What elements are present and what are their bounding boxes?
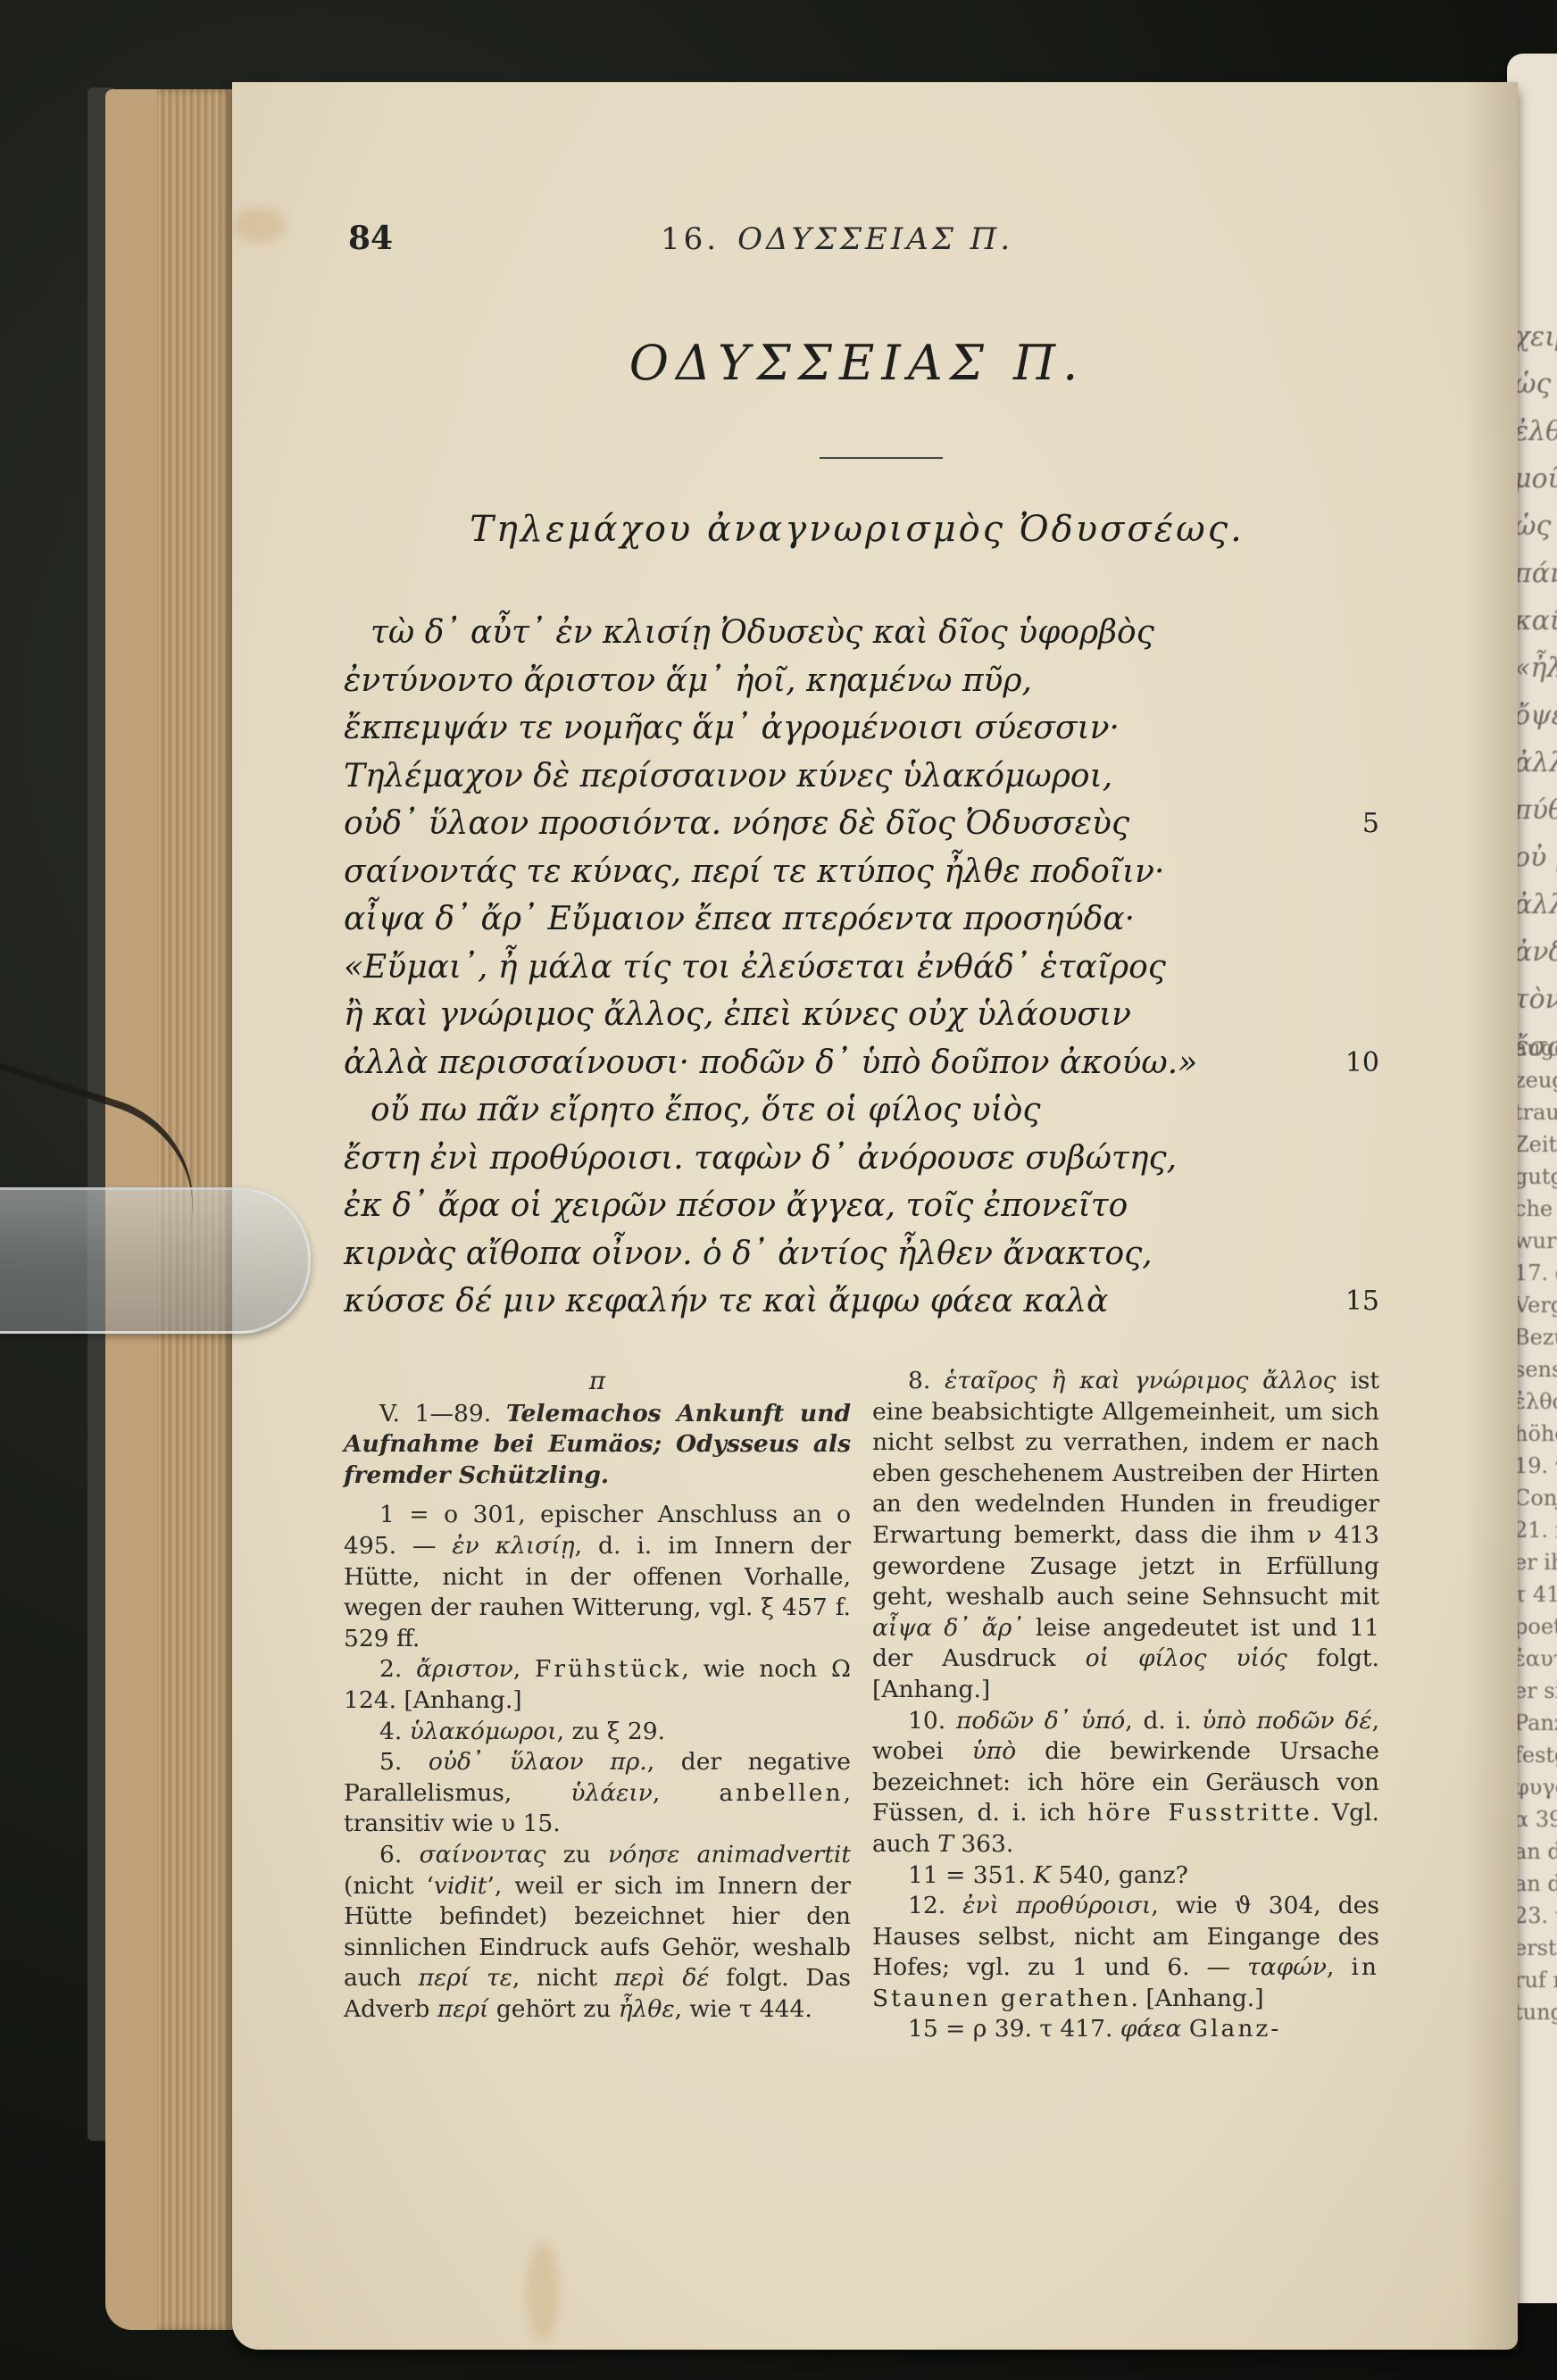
- note-text: 12.: [908, 1892, 962, 1919]
- facing-page-fragment: ἐλθόν: [1514, 416, 1557, 447]
- note-text: 4.: [379, 1718, 410, 1745]
- verse-line: οὐδ᾽ ὕλαον προσιόντα. νόησε δὲ δῖος Ὀδυσ…: [344, 800, 1379, 848]
- verse-text: ἐκ δ᾽ ἄρα οἱ χειρῶν πέσον ἄγγεα, τοῖς ἐπ…: [344, 1187, 1128, 1224]
- facing-page-fragment: 17. ἀγα: [1514, 1261, 1557, 1286]
- facing-page-fragment: ἑαυτὸν: [1514, 1646, 1557, 1671]
- greek-lemma: σαίνοντας: [420, 1841, 546, 1868]
- facing-page-fragment: ἀνδρῶν: [1514, 936, 1557, 968]
- commentary-left-column: π V. 1—89. Telemachos Ankunft und Aufnah…: [344, 1366, 851, 2025]
- note-text: Glanz-: [1189, 2015, 1281, 2043]
- note-text: Frühstück: [535, 1655, 681, 1683]
- facing-page-fragment: ὡς δὲ: [1514, 369, 1557, 400]
- verse-text: τὼ δ᾽ αὖτ᾽ ἐν κλισίῃ Ὀδυσεὺς καὶ δῖος ὑφ…: [344, 614, 1154, 651]
- facing-page-fragment: μοῦνο: [1514, 463, 1557, 495]
- facing-page-fragment: poetische: [1514, 1614, 1557, 1639]
- section-ref: V. 1—89.: [379, 1400, 506, 1427]
- facing-page-fragment: Bezuge a: [1514, 1325, 1557, 1350]
- greek-lemma: περί τε: [419, 1964, 512, 1992]
- greek-lemma: αἶψα δ᾽ ἄρ᾽: [872, 1614, 1024, 1642]
- facing-page-fragment: 19. τηλ: [1514, 1453, 1557, 1478]
- paper-stain: [527, 2243, 559, 2341]
- facing-page-fragment: zeugt vo: [1514, 1068, 1557, 1093]
- greek-lemma: ποδῶν δ᾽ ὑπό: [956, 1707, 1125, 1735]
- facing-page-fragment: φυγόντα: [1514, 1775, 1557, 1800]
- note-text: ,: [653, 1779, 719, 1807]
- verse-text: ἔκπεμψάν τε νομῆας ἅμ᾽ ἀγρομένοισι σύεσσ…: [344, 710, 1120, 746]
- metal-bookmark-clip: [0, 1187, 311, 1334]
- verse-number: 10: [1345, 1039, 1379, 1087]
- verse-text: κύσσε δέ μιν κεφαλήν τε καὶ ἄμφω φάεα κα…: [344, 1283, 1108, 1319]
- facing-page-fragment: augen.: [1514, 1036, 1557, 1061]
- greek-lemma: ἑταῖρος ἢ καὶ γνώριμος ἄλλος: [945, 1367, 1336, 1394]
- facing-page-fragment: 21. πα: [1514, 1518, 1557, 1543]
- greek-lemma: ἐν κλισίῃ: [452, 1532, 574, 1560]
- verse-text: ἀλλὰ περισσαίνουσι· ποδῶν δ᾽ ὑπὸ δοῦπον …: [344, 1044, 1197, 1081]
- verse-line: ἔκπεμψάν τε νομῆας ἅμ᾽ ἀγρομένοισι σύεσσ…: [344, 704, 1379, 753]
- running-title-text: ΟΔΥΣΣΕΙΑΣ Π.: [737, 221, 1013, 257]
- verse-line: Τηλέμαχον δὲ περίσσαινον κύνες ὑλακόμωρο…: [344, 753, 1379, 801]
- facing-page-fragment: festges: [1514, 1743, 1557, 1768]
- facing-page-fragment: Zeit zwi: [1514, 1132, 1557, 1157]
- facing-page-fragment: τὸν: [1514, 984, 1557, 1015]
- greek-lemma: ταφών: [1247, 1953, 1327, 1981]
- note-text: höre Fusstritte: [1087, 1799, 1312, 1827]
- greek-lemma: ὑλάειν: [570, 1779, 653, 1807]
- book-subtitle: Τηλεμάχου ἀναγνωρισμὸς Ὀδυσσέως.: [339, 509, 1375, 550]
- note-text: 6.: [379, 1841, 420, 1868]
- note-text: , wie τ 444.: [675, 1995, 812, 2023]
- facing-page-fragment: οὐ μὲν: [1514, 842, 1557, 873]
- facing-page-fragment: ὄψεσθα: [1514, 700, 1557, 731]
- greek-lemma: νόησε animadvertit: [608, 1841, 851, 1868]
- verse-text: «Εὔμαι᾽, ἦ μάλα τίς τοι ἐλεύσεται ἐνθάδ᾽…: [344, 949, 1166, 986]
- facing-page-fragment: Panzer: [1514, 1710, 1557, 1735]
- note-text: 363.: [953, 1830, 1013, 1858]
- greek-lemma: ὑπὸ ποδῶν δέ: [1202, 1707, 1371, 1735]
- note-text: , d. i.: [1125, 1707, 1202, 1735]
- note-text: 5.: [379, 1748, 429, 1776]
- note-text: zu: [546, 1841, 609, 1868]
- facing-page-fragment: ὡς τότ: [1514, 511, 1557, 542]
- facing-page-fragment: höhere p: [1514, 1421, 1557, 1446]
- commentary-note: 6. σαίνοντας zu νόησε animadvertit (nich…: [344, 1840, 851, 2026]
- verse-line: οὔ πω πᾶν εἴρητο ἔπος, ὅτε οἱ φίλος υἱὸς: [344, 1086, 1379, 1135]
- facing-page-fragment: πάντα: [1514, 558, 1557, 589]
- facing-page-fragment: erster T: [1514, 1935, 1557, 1960]
- greek-lemma: T: [937, 1830, 953, 1858]
- note-text: . [Anhang.]: [1131, 1985, 1264, 2012]
- verse-text: ἐντύνοντο ἄριστον ἅμ᾽ ἠοῖ, κηαμένω πῦρ,: [344, 662, 1032, 699]
- commentary-note: 1 = ο 301, epischer Anschluss an ο 495. …: [344, 1500, 851, 1654]
- greek-lemma: K: [1033, 1861, 1051, 1889]
- commentary-note: 10. ποδῶν δ᾽ ὑπό, d. i. ὑπὸ ποδῶν δέ, wo…: [872, 1706, 1379, 1860]
- facing-page-fragment: πύθωμ: [1514, 795, 1557, 826]
- commentary-note: 2. ἄριστον, Frühstück, wie noch Ω 124. […: [344, 1654, 851, 1716]
- greek-lemma: οἱ φίλος υἱός: [1086, 1644, 1287, 1672]
- greek-lemma: ἦλθε: [619, 1995, 675, 2023]
- verse-text: ἢ καὶ γνώριμος ἄλλος, ἐπεὶ κύνες οὐχ ὑλά…: [344, 996, 1131, 1033]
- greek-lemma: περὶ δέ: [614, 1964, 710, 1992]
- page-number: 84: [348, 220, 393, 257]
- commentary-note: 8. ἑταῖρος ἢ καὶ γνώριμος ἄλλος ist eine…: [872, 1366, 1379, 1706]
- facing-page-fragment: ἀλλ᾽ ἄγ: [1514, 747, 1557, 778]
- facing-page-fragment: sens gew: [1514, 1357, 1557, 1382]
- book-letter: π: [344, 1366, 851, 1397]
- facing-page-fragment: ἀλλ᾽ ἐπ: [1514, 889, 1557, 920]
- verse-line: τὼ δ᾽ αὖτ᾽ ἐν κλισίῃ Ὀδυσεὺς καὶ δῖος ὑφ…: [344, 609, 1379, 657]
- facing-page-fragment: ἐλθόντα: [1514, 1389, 1557, 1414]
- verse-line: σαίνοντάς τε κύνας, περί τε κτύπος ἦλθε …: [344, 848, 1379, 896]
- facing-page-fragment: Vergleich: [1514, 1293, 1557, 1318]
- facing-page-fragment: καί ῥ᾽: [1514, 605, 1557, 637]
- note-text: 10.: [908, 1707, 956, 1735]
- facing-page-fragment: χειρά: [1514, 321, 1557, 353]
- note-text: gehört zu: [488, 1995, 618, 2023]
- running-title: 16.ΟΔΥΣΣΕΙΑΣ Π.: [661, 221, 1013, 257]
- note-text: 8.: [908, 1367, 945, 1394]
- commentary-note: 12. ἐνὶ προθύροισι, wie ϑ 304, des Hause…: [872, 1891, 1379, 2014]
- verse-number: 5: [1362, 800, 1379, 848]
- note-text: 2.: [379, 1655, 416, 1683]
- commentary-note: 5. οὐδ᾽ ὕλαον πρ., der negative Parallel…: [344, 1747, 851, 1840]
- facing-page-fragment: an die C: [1514, 1839, 1557, 1864]
- verse-line: κύσσε δέ μιν κεφαλήν τε καὶ ἄμφω φάεα κα…: [344, 1277, 1379, 1326]
- book-title: ΟΔΥΣΣΕΙΑΣ Π.: [339, 335, 1375, 391]
- verse-line: κιρνὰς αἴθοπα οἶνον. ὁ δ᾽ ἀντίος ἦλθεν ἄ…: [344, 1230, 1379, 1278]
- verse-line: ἀλλὰ περισσαίνουσι· ποδῶν δ᾽ ὑπὸ δοῦπον …: [344, 1039, 1379, 1087]
- note-text: ,: [1327, 1953, 1351, 1981]
- verse-text: αἶψα δ᾽ ἄρ᾽ Εὔμαιον ἔπεα πτερόεντα προση…: [344, 901, 1135, 937]
- facing-page-fragment: τ 416, ω: [1514, 1582, 1557, 1607]
- verse-text: ἔστη ἐνὶ προθύροισι. ταφὼν δ᾽ ἀνόρουσε σ…: [344, 1140, 1177, 1177]
- facing-page-fragment: gutgesinn: [1514, 1164, 1557, 1189]
- verse-text: οὐδ᾽ ὕλαον προσιόντα. νόησε δὲ δῖος Ὀδυσ…: [344, 805, 1129, 842]
- verse-block: τὼ δ᾽ αὖτ᾽ ἐν κλισίῃ Ὀδυσεὺς καὶ δῖος ὑφ…: [344, 609, 1379, 1326]
- note-text: , zu ξ 29.: [557, 1718, 665, 1745]
- facing-page-fragment: che als B: [1514, 1196, 1557, 1221]
- note-text: 15 = ρ 39. τ 417.: [908, 2015, 1120, 2043]
- running-title-book-num: 16.: [661, 221, 720, 257]
- facing-page-fragment: «ἦλθες: [1514, 653, 1557, 684]
- facing-page-fragment: ruf nac: [1514, 1968, 1557, 1993]
- verse-line: ἐκ δ᾽ ἄρα οἱ χειρῶν πέσον ἄγγεα, τοῖς ἐπ…: [344, 1182, 1379, 1230]
- verse-text: Τηλέμαχον δὲ περίσσαινον κύνες ὑλακόμωρο…: [344, 758, 1112, 795]
- greek-lemma: οὐδ᾽ ὕλαον πρ.: [429, 1748, 647, 1776]
- verse-text: σαίνοντάς τε κύνας, περί τε κτύπος ἦλθε …: [344, 853, 1164, 890]
- section-heading: V. 1—89. Telemachos Ankunft und Aufnahme…: [344, 1399, 851, 1492]
- facing-page-fragment: traulichk: [1514, 1100, 1557, 1125]
- gutter-shadow: [1464, 82, 1518, 2350]
- facing-page-fragment: tung: d: [1514, 2000, 1557, 2025]
- greek-lemma: ὑπὸ: [972, 1737, 1016, 1765]
- note-text: ,: [513, 1655, 535, 1683]
- commentary-note: 15 = ρ 39. τ 417. φάεα Glanz-: [872, 2014, 1379, 2045]
- facing-page-fragment: α 392, m: [1514, 1807, 1557, 1832]
- commentary-right-column: 8. ἑταῖρος ἢ καὶ γνώριμος ἄλλος ist eine…: [872, 1366, 1379, 2045]
- greek-lemma: vidit: [434, 1872, 487, 1900]
- commentary-note: 11 = 351. K 540, ganz?: [872, 1860, 1379, 1892]
- verse-line: ἔστη ἐνὶ προθύροισι. ταφὼν δ᾽ ἀνόρουσε σ…: [344, 1135, 1379, 1183]
- verse-text: κιρνὰς αἴθοπα οἶνον. ὁ δ᾽ ἀντίος ἦλθεν ἄ…: [344, 1236, 1153, 1272]
- note-text: [1181, 2015, 1188, 2043]
- commentary-note: 4. ὑλακόμωροι, zu ξ 29.: [344, 1717, 851, 1748]
- verse-line: «Εὔμαι᾽, ἦ μάλα τίς τοι ἐλεύσεται ἐνθάδ᾽…: [344, 944, 1379, 992]
- facing-page-fragment: Conjunct: [1514, 1485, 1557, 1510]
- paper-stain: [232, 207, 286, 243]
- note-text: 11 = 351.: [908, 1861, 1033, 1889]
- facing-page-fragment: er ihn,: [1514, 1550, 1557, 1575]
- greek-lemma: φάεα: [1120, 2015, 1182, 2043]
- note-text: anbellen: [719, 1779, 843, 1807]
- greek-lemma: ὑλακόμωροι: [410, 1718, 557, 1745]
- facing-page-fragment: 23. ἦλ: [1514, 1903, 1557, 1928]
- facing-page-fragment: an den H: [1514, 1871, 1557, 1896]
- note-text: , nicht: [512, 1964, 614, 1992]
- verse-line: ἐντύνοντο ἄριστον ἅμ᾽ ἠοῖ, κηαμένω πῦρ,: [344, 657, 1379, 705]
- note-text: (nicht ‘: [344, 1872, 434, 1900]
- facing-page-fragment: wurden.: [1514, 1228, 1557, 1253]
- verse-text: οὔ πω πᾶν εἴρητο ἔπος, ὅτε οἱ φίλος υἱὸς: [344, 1092, 1041, 1128]
- note-text: ist eine beabsichtigte Allgemeinheit, um…: [872, 1367, 1379, 1610]
- facing-page-fragment: er sich se: [1514, 1678, 1557, 1703]
- running-head: 84 16.ΟΔΥΣΣΕΙΑΣ Π.: [339, 220, 1375, 273]
- verse-number: 15: [1345, 1277, 1379, 1326]
- greek-lemma: ἄριστον: [416, 1655, 513, 1683]
- greek-lemma: ἐνὶ προθύροισι: [962, 1892, 1151, 1919]
- verse-line: ἢ καὶ γνώριμος ἄλλος, ἐπεὶ κύνες οὐχ ὑλά…: [344, 991, 1379, 1039]
- note-text: 540, ganz?: [1051, 1861, 1188, 1889]
- verse-line: αἶψα δ᾽ ἄρ᾽ Εὔμαιον ἔπεα πτερόεντα προση…: [344, 895, 1379, 944]
- greek-lemma: περί: [437, 1995, 489, 2023]
- title-rule: [820, 457, 943, 459]
